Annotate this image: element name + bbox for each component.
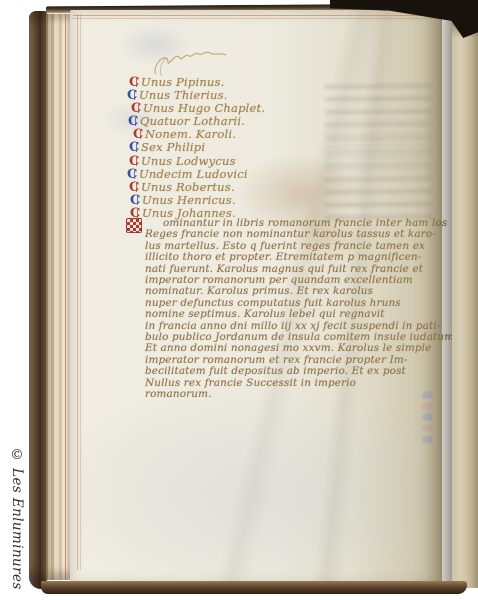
king-name: Unus Thierius. (139, 88, 228, 102)
paragraph-mark-icon: C (127, 168, 139, 181)
book-bottom-edge (41, 581, 467, 594)
decorated-initial: N (126, 218, 142, 233)
paragraph-mark-icon: C (130, 194, 142, 207)
paragraph-line: illicito thoro et propter. Etremitatem p… (145, 252, 442, 263)
paragraph-line: becilitatem fuit depositus ab imperio. E… (145, 366, 442, 377)
show-through-marks (422, 388, 444, 446)
paragraph-mark-icon: C (127, 89, 139, 102)
chronicle-paragraph: N ominantur in libris romanorum francie … (127, 218, 442, 401)
watermark: © Les Enluminures (9, 447, 25, 600)
manuscript-photo: CUnus Pipinus. CUnus Thierius. CUnus Hug… (0, 0, 478, 600)
paragraph-lines: ominantur in libris romanorum francie in… (145, 218, 442, 401)
paragraph-mark-icon: C (129, 181, 141, 194)
page-stack-edges (46, 14, 72, 580)
king-name: Sex Philipi (141, 140, 205, 154)
ruling-line-top-inner (73, 18, 441, 19)
king-name: Undecim Ludovici (139, 167, 248, 181)
book-cover-edge (29, 11, 47, 589)
ruling-line-left (77, 14, 78, 570)
paragraph-line: nomine septimus. Karolus lebel qui regna… (145, 309, 442, 320)
ruling-line-top (73, 15, 441, 16)
kings-list: CUnus Pipinus. CUnus Thierius. CUnus Hug… (127, 71, 265, 215)
paragraph-mark-icon: C (129, 155, 141, 168)
paragraph-mark-icon: C (129, 141, 141, 154)
parchment-page: CUnus Pipinus. CUnus Thierius. CUnus Hug… (70, 10, 442, 585)
king-name: Unus Lodwycus (141, 154, 236, 168)
king-list-item: CUnus Pipinus. (129, 71, 265, 84)
show-through-text (325, 83, 431, 220)
paragraph-line: romanorum. (145, 389, 442, 400)
ruling-line-left-inner (80, 14, 81, 570)
paragraph-mark-icon: C (128, 115, 140, 128)
king-name: Unus Henricus. (142, 193, 236, 207)
king-name: Unus Robertus. (141, 180, 235, 194)
facing-page-edge (452, 4, 478, 588)
king-name: Unus Pipinus. (141, 75, 225, 89)
